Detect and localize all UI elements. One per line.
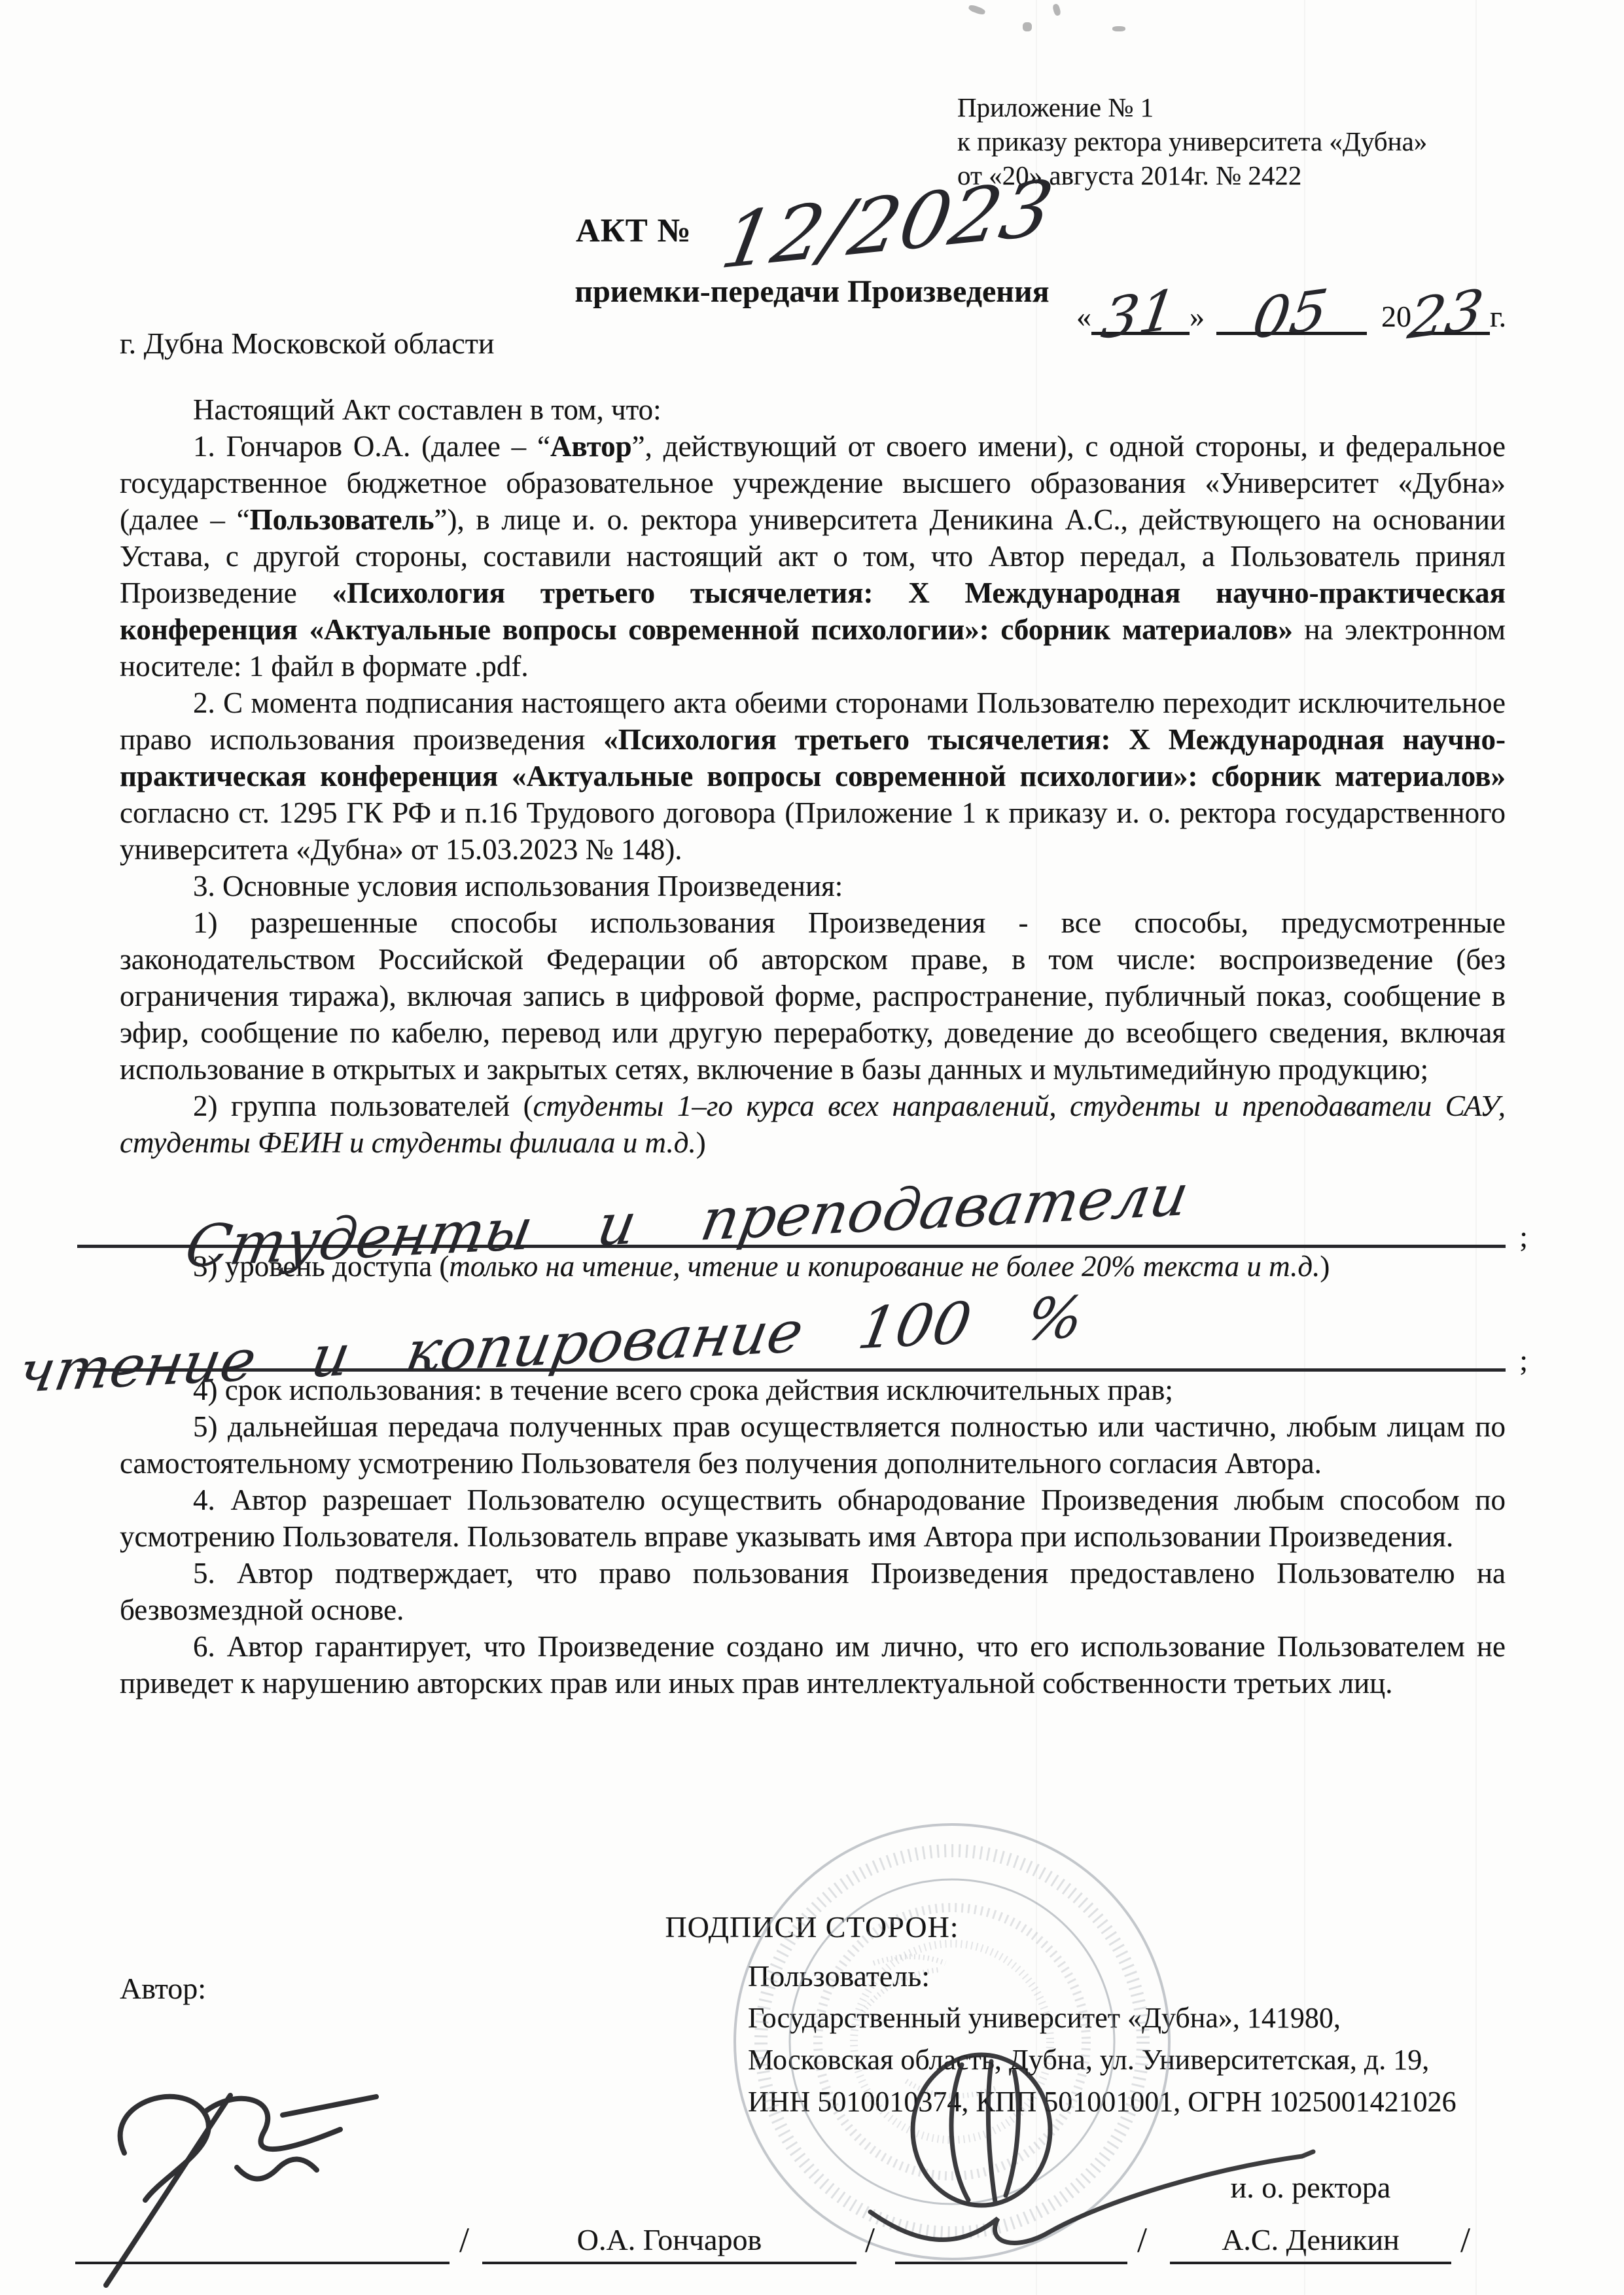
day-blank: 31 — [1091, 283, 1190, 335]
slash-separator: / — [1137, 2220, 1147, 2260]
place-line: г. Дубна Московской области — [120, 326, 494, 361]
subitem-2-text: 2) группа пользователей ( — [193, 1090, 533, 1122]
p2-text: согласно ст. 1295 ГК РФ и п.16 Трудового… — [120, 796, 1506, 866]
p1-term-author: Автор — [550, 430, 632, 463]
slash-separator: / — [1460, 2220, 1470, 2260]
subitem-1: 1) разрешенные способы использования Про… — [120, 904, 1506, 1088]
title-row: АКТ № 12/2023 — [0, 191, 1624, 250]
subitem-5: 5) дальнейшая передача полученных прав о… — [120, 1408, 1506, 1482]
author-name: О.А. Гончаров — [482, 2222, 856, 2257]
author-signature-line — [75, 2262, 450, 2264]
paragraph-2: 2. С момента подписания настоящего акта … — [120, 685, 1506, 868]
user-signature-line — [895, 2262, 1127, 2264]
scan-speck — [1052, 3, 1061, 16]
day-handwritten: 31 — [1099, 287, 1180, 343]
blank-tail-semicolon: ; — [1519, 1219, 1528, 1255]
official-round-stamp — [710, 1800, 1528, 2295]
date-line: « 31 » 05 20 23 г. — [1076, 283, 1506, 335]
p1-text: 1. Гончаров О.А. (далее – “ — [193, 430, 550, 463]
act-label: АКТ № — [576, 212, 692, 250]
annex-line-2: к приказу ректора университета «Дубна» — [957, 124, 1427, 158]
paragraph-4: 4. Автор разрешает Пользователю осуществ… — [120, 1482, 1506, 1555]
subitem-2: 2) группа пользователей (студенты 1–го к… — [120, 1088, 1506, 1161]
p1-term-user: Пользователь — [250, 503, 434, 536]
scanned-act-page: Приложение № 1 к приказу ректора универс… — [0, 0, 1624, 2295]
user-name-line — [1170, 2262, 1451, 2264]
annex-line-1: Приложение № 1 — [957, 90, 1427, 124]
scan-speck — [968, 4, 986, 16]
subitem-2-text: ) — [696, 1126, 706, 1159]
handwritten-blank-access: чтение и копирование 100 % ; — [77, 1285, 1506, 1372]
year-handwritten: 23 — [1405, 287, 1486, 343]
subitem-3-text: ) — [1320, 1250, 1330, 1283]
author-label: Автор: — [120, 1971, 206, 2006]
slash-separator: / — [865, 2220, 875, 2260]
year-blank: 23 — [1411, 283, 1490, 335]
scan-speck — [1023, 22, 1032, 31]
intro-paragraph: Настоящий Акт составлен в том, что: — [120, 391, 1506, 428]
year-suffix: г. — [1490, 299, 1506, 335]
paragraph-5: 5. Автор подтверждает, что право пользов… — [120, 1555, 1506, 1628]
paragraph-3: 3. Основные условия использования Произв… — [120, 868, 1506, 904]
close-quote: » — [1190, 299, 1205, 335]
month-blank: 05 — [1216, 283, 1367, 335]
paragraph-6: 6. Автор гарантирует, что Произведение с… — [120, 1628, 1506, 1701]
month-handwritten: 05 — [1250, 287, 1331, 343]
blank-tail-semicolon: ; — [1519, 1342, 1528, 1379]
user-name: А.С. Деникин — [1170, 2222, 1451, 2257]
act-number-handwritten: 12/2023 — [718, 179, 1057, 271]
paragraph-1: 1. Гончаров О.А. (далее – “Автор”, дейст… — [120, 428, 1506, 685]
scan-speck — [1112, 26, 1125, 31]
handwritten-blank-users: Студенты и преподаватели ; — [77, 1161, 1506, 1248]
user-signature — [870, 2055, 1313, 2243]
document-body: Настоящий Акт составлен в том, что: 1. Г… — [120, 391, 1506, 1701]
author-name-line — [482, 2262, 856, 2264]
slash-separator: / — [459, 2220, 469, 2260]
open-quote: « — [1076, 299, 1091, 335]
